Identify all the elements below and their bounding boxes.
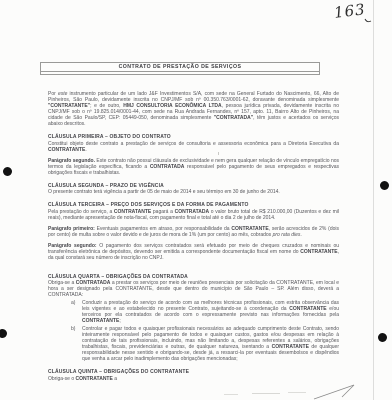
clause-heading: CLÁUSULA SEGUNDA – PRAZO DE VIGÊNCIA [48, 183, 339, 189]
clause-heading: CLÁUSULA QUINTA – OBRIGAÇÕES DO CONTRATA… [48, 369, 339, 375]
paragraph: Obriga-se o CONTRATANTE a [48, 376, 339, 382]
punch-hole-dot [0, 329, 7, 338]
handwritten-page-number: 163 [333, 0, 367, 22]
clause-heading: CLÁUSULA TERCEIRA – PREÇO DOS SERVIÇOS E… [48, 202, 339, 208]
list-item: a)Conduzir a prestação do serviço de aco… [48, 300, 339, 324]
scan-artifact [218, 152, 219, 155]
document-body: Por este instrumento particular de um la… [48, 86, 339, 382]
clause-heading: CLÁUSULA QUARTA – OBRIGAÇÕES DA CONTRATA… [48, 274, 339, 280]
list-item-label: b) [71, 326, 75, 332]
paragraph: Obriga-se a CONTRATADA a prestar os serv… [48, 280, 339, 298]
handwritten-tail-mark [364, 18, 372, 24]
contract-title-box: CONTRATO DE PRESTAÇÃO DE SERVIÇOS [40, 62, 320, 75]
punch-hole-dot [378, 333, 387, 342]
paragraph: Constitui objeto deste contrato a presta… [48, 141, 339, 153]
paragraph: Por este instrumento particular de um la… [48, 91, 339, 127]
scan-artifact [224, 394, 238, 395]
paragraph: Parágrafo segundo. Este contrato não pos… [48, 158, 339, 176]
list-item: b)Controlar e pagar todos e quaisquer pr… [48, 326, 339, 362]
paragraph: O presente contrato terá vigência a part… [48, 189, 339, 195]
page-title: CONTRATO DE PRESTAÇÃO DE SERVIÇOS [41, 63, 319, 72]
scan-artifact [252, 393, 280, 394]
clause-heading: CLÁUSULA PRIMEIRA – OBJETO DO CONTRATO [48, 134, 339, 140]
scanned-contract-page: 163 CONTRATO DE PRESTAÇÃO DE SERVIÇOS Po… [0, 0, 392, 400]
punch-hole-dot [380, 181, 389, 190]
list-item-label: a) [71, 300, 75, 306]
scan-artifact [218, 191, 219, 194]
paragraph: Parágrafo primeiro: Eventuais pagamentos… [48, 226, 339, 238]
punch-hole-dot [3, 167, 12, 176]
scan-page-edge [373, 0, 374, 400]
handwritten-mark [300, 380, 362, 400]
paragraph: Parágrafo segundo: O pagamento dos servi… [48, 243, 339, 261]
paragraph: Pela prestação do serviço, a CONTRATANTE… [48, 209, 339, 221]
